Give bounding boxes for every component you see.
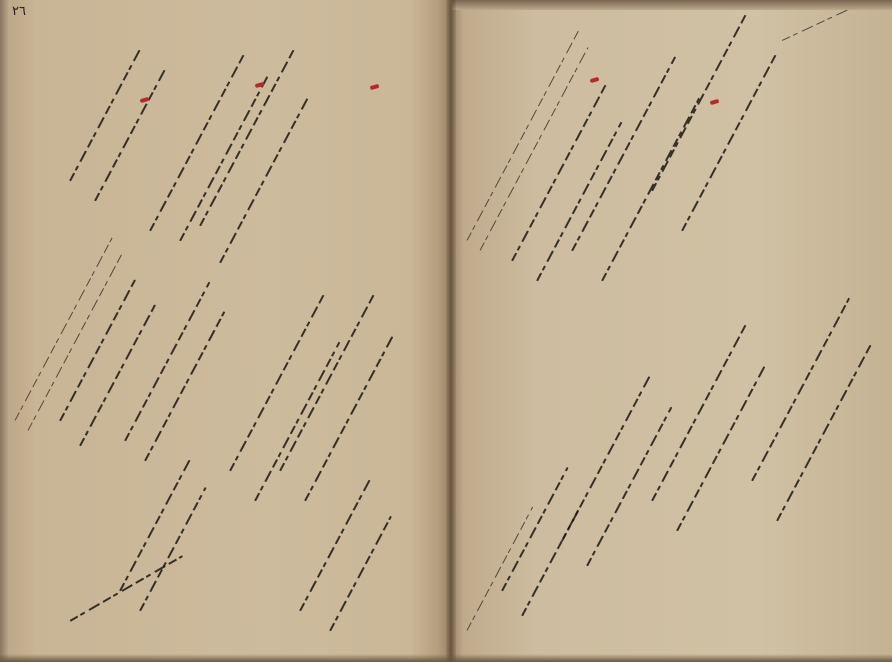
script-line: [70, 555, 184, 622]
rubric-mark: [710, 99, 720, 105]
script-line: [501, 467, 568, 592]
binding-gutter: [446, 0, 456, 662]
script-line: [676, 363, 767, 532]
page-edge: [0, 0, 10, 662]
script-line: [299, 478, 371, 611]
script-line: [601, 95, 701, 281]
script-line: [751, 295, 851, 481]
script-line: [144, 310, 226, 461]
script-line: [254, 342, 340, 502]
script-line: [571, 56, 676, 251]
script-line: [776, 344, 872, 522]
script-line: [651, 324, 747, 502]
script-line: [279, 294, 375, 472]
script-line: [219, 95, 310, 264]
script-line: [94, 68, 166, 201]
script-line: [329, 516, 392, 632]
script-line: [651, 14, 747, 192]
script-line: [229, 294, 325, 472]
manuscript-spread: ٢٦: [0, 0, 892, 662]
script-line: [139, 487, 206, 612]
script-line: [79, 304, 156, 446]
page-edge: [452, 0, 892, 10]
script-line: [69, 48, 141, 181]
right-page: [452, 0, 892, 662]
margin-note-line: [15, 235, 114, 421]
script-line: [681, 54, 777, 232]
script-line: [536, 122, 622, 282]
rubric-mark: [590, 77, 600, 83]
script-line: [179, 73, 270, 242]
rubric-mark: [370, 84, 380, 90]
left-page: ٢٦: [0, 0, 448, 662]
page-number: ٢٦: [12, 4, 26, 19]
page-edge: [0, 654, 892, 662]
script-line: [521, 510, 579, 617]
script-line: [199, 49, 295, 227]
margin-note-line: [28, 254, 123, 431]
margin-note-line: [467, 28, 581, 240]
script-line: [304, 333, 395, 502]
